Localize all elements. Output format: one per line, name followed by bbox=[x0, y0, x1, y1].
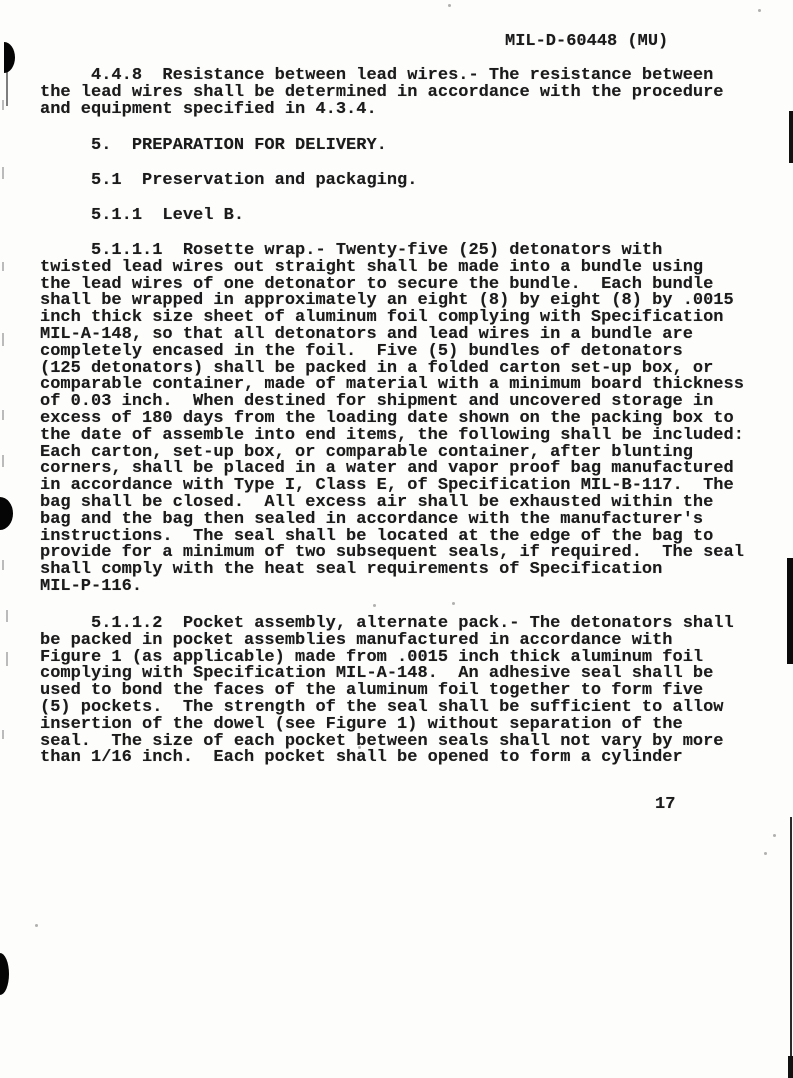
scan-margin-dash bbox=[2, 333, 4, 346]
scan-margin-dash bbox=[2, 167, 4, 179]
binding-hole-mark-middle bbox=[0, 497, 13, 530]
binding-hole-mark-top bbox=[4, 42, 15, 73]
binding-hole-mark-bottom bbox=[0, 953, 9, 995]
scan-speck bbox=[758, 9, 761, 12]
scan-speck bbox=[358, 746, 361, 749]
scan-edge-line-bottom-thick bbox=[788, 1056, 793, 1078]
scan-margin-dash bbox=[2, 262, 4, 271]
section-heading-5-1-preservation-packaging: 5.1 Preservation and packaging. bbox=[40, 173, 417, 190]
scan-margin-dash bbox=[2, 100, 4, 110]
scan-margin-dash bbox=[6, 652, 8, 666]
scan-margin-dash bbox=[2, 560, 4, 570]
scan-speck bbox=[448, 4, 451, 7]
scan-edge-line-bottom bbox=[790, 817, 792, 1078]
scan-margin-dash bbox=[6, 610, 8, 622]
page-number: 17 bbox=[655, 797, 675, 814]
scan-edge-bar-top bbox=[789, 111, 793, 163]
section-heading-5-preparation-for-delivery: 5. PREPARATION FOR DELIVERY. bbox=[40, 138, 387, 155]
scan-margin-dash bbox=[2, 410, 4, 420]
scan-edge-bar-middle bbox=[787, 558, 793, 664]
scan-margin-dash bbox=[2, 730, 4, 739]
scan-speck bbox=[35, 924, 38, 927]
scanned-document-page: MIL-D-60448 (MU) 4.4.8 Resistance betwee… bbox=[0, 0, 793, 1078]
scan-speck bbox=[773, 834, 776, 837]
scan-speck bbox=[764, 852, 767, 855]
paragraph-4-4-8-resistance: 4.4.8 Resistance between lead wires.- Th… bbox=[40, 68, 724, 118]
scan-speck bbox=[373, 604, 376, 607]
spec-number-header: MIL-D-60448 (MU) bbox=[505, 34, 668, 51]
paragraph-5-1-1-2-pocket-assembly: 5.1.1.2 Pocket assembly, alternate pack.… bbox=[40, 616, 734, 767]
paragraph-5-1-1-1-rosette-wrap: 5.1.1.1 Rosette wrap.- Twenty-five (25) … bbox=[40, 243, 744, 596]
scan-speck bbox=[452, 602, 455, 605]
scan-margin-dash bbox=[2, 455, 4, 467]
section-heading-5-1-1-level-b: 5.1.1 Level B. bbox=[40, 208, 244, 225]
binding-hole-tail-mark bbox=[6, 72, 8, 106]
